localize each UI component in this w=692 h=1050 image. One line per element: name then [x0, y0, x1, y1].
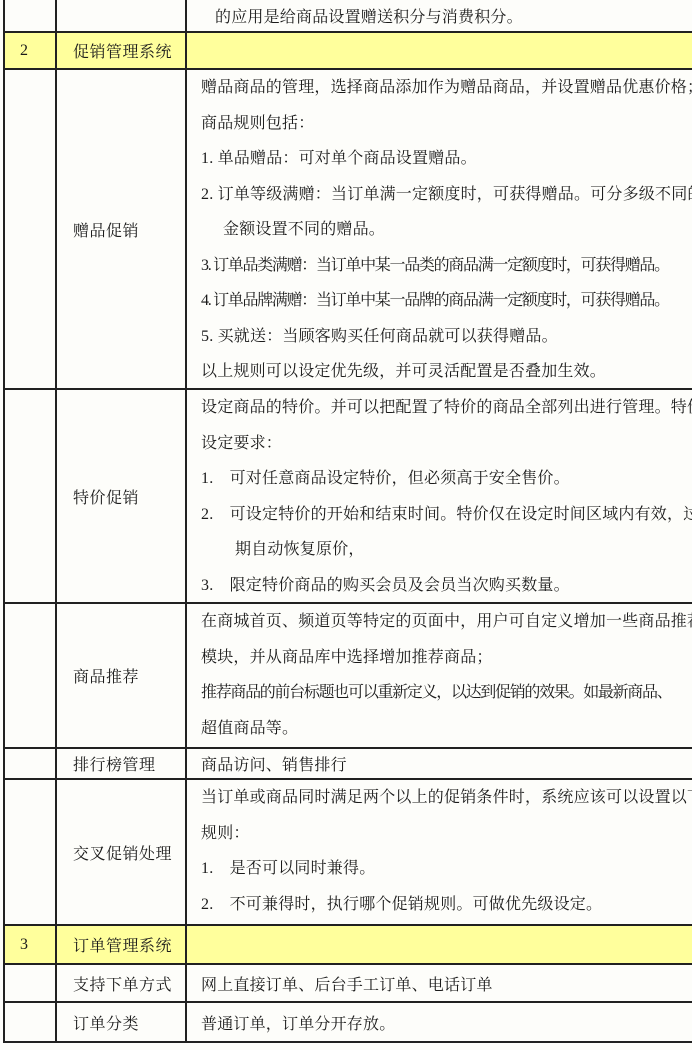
row-number-cell: 2	[5, 33, 57, 68]
module-label: 赠品促销	[73, 218, 139, 241]
content-line: 推荐商品的前台标题也可以重新定义，以达到促销的效果。如最新商品、	[201, 675, 692, 711]
module-label-cell	[57, 0, 187, 31]
row-number-cell	[5, 604, 57, 747]
content-line: 普通订单，订单分开存放。	[201, 1011, 395, 1034]
content-line: 2. 订单等级满赠：当订单满一定额度时，可获得赠品。可分多级不同的	[201, 177, 692, 213]
content-line: 赠品商品的管理，选择商品添加作为赠品商品，并设置赠品优惠价格；	[201, 70, 692, 106]
table-row: 特价促销设定商品的特价。并可以把配置了特价的商品全部列出进行管理。特价设定要求：…	[5, 390, 692, 604]
content-line: 1. 可对任意商品设定特价，但必须高于安全售价。	[201, 461, 692, 497]
module-label: 特价促销	[73, 485, 139, 508]
content-line: 5. 买就送：当顾客购买任何商品就可以获得赠品。	[201, 319, 692, 355]
module-label-cell: 促销管理系统	[57, 33, 187, 68]
content-line: 金额设置不同的赠品。	[201, 212, 692, 248]
description-cell: 当订单或商品同时满足两个以上的促销条件时，系统应该可以设置以下规则：1. 是否可…	[187, 780, 692, 924]
table-row: 订单分类普通订单，订单分开存放。	[5, 1003, 692, 1043]
description-cell: 商品访问、销售排行	[187, 749, 692, 778]
description-cell: 赠品商品的管理，选择商品添加作为赠品商品，并设置赠品优惠价格；商品规则包括：1.…	[187, 70, 692, 388]
row-number-cell	[5, 749, 57, 778]
content-line: 1. 单品赠品：可对单个商品设置赠品。	[201, 141, 692, 177]
content-line: 在商城首页、频道页等特定的页面中，用户可自定义增加一些商品推荐	[201, 604, 692, 640]
content-line: 3. 限定特价商品的购买会员及会员当次购买数量。	[201, 568, 692, 603]
row-number-cell	[5, 390, 57, 602]
content-line: 网上直接订单、后台手工订单、电话订单	[201, 972, 493, 995]
module-label: 商品推荐	[73, 664, 139, 687]
content-line: 3. 订单品类满赠：当订单中某一品类的商品满一定额度时，可获得赠品。	[201, 248, 692, 284]
content-line: 以上规则可以设定优先级，并可灵活配置是否叠加生效。	[201, 354, 692, 388]
module-label-cell: 商品推荐	[57, 604, 187, 747]
description-cell	[187, 926, 692, 963]
description-cell: 的应用是给商品设置赠送积分与消费积分。	[187, 0, 692, 31]
description-cell: 设定商品的特价。并可以把配置了特价的商品全部列出进行管理。特价设定要求：1. 可…	[187, 390, 692, 602]
content-line: 期自动恢复原价，	[201, 532, 692, 568]
module-label-cell: 特价促销	[57, 390, 187, 602]
content-line: 2. 可设定特价的开始和结束时间。特价仅在设定时间区域内有效，过	[201, 497, 692, 533]
description-cell	[187, 33, 692, 68]
module-label-cell: 排行榜管理	[57, 749, 187, 778]
content-line: 设定要求：	[201, 426, 692, 462]
description-cell: 在商城首页、频道页等特定的页面中，用户可自定义增加一些商品推荐模块，并从商品库中…	[187, 604, 692, 747]
module-label-cell: 交叉促销处理	[57, 780, 187, 924]
document-page: { "page": { "background_color": "#fdfdfa…	[0, 0, 692, 1050]
table-row: 的应用是给商品设置赠送积分与消费积分。	[5, 0, 692, 33]
content-line: 商品规则包括：	[201, 106, 692, 142]
module-label-cell: 支持下单方式	[57, 965, 187, 1001]
row-number-cell: 3	[5, 926, 57, 963]
row-number-cell	[5, 780, 57, 924]
table-row: 商品推荐在商城首页、频道页等特定的页面中，用户可自定义增加一些商品推荐模块，并从…	[5, 604, 692, 749]
row-number-cell	[5, 70, 57, 388]
content-line: 设定商品的特价。并可以把配置了特价的商品全部列出进行管理。特价	[201, 390, 692, 426]
row-number-cell	[5, 1003, 57, 1041]
section-row: 2促销管理系统	[5, 33, 692, 70]
module-label: 订单管理系统	[73, 933, 172, 956]
module-label-cell: 订单分类	[57, 1003, 187, 1041]
row-number-cell	[5, 0, 57, 31]
content-line: 当订单或商品同时满足两个以上的促销条件时，系统应该可以设置以下	[201, 780, 692, 816]
content-line: 模块，并从商品库中选择增加推荐商品；	[201, 640, 692, 676]
table-row: 赠品促销赠品商品的管理，选择商品添加作为赠品商品，并设置赠品优惠价格；商品规则包…	[5, 70, 692, 390]
content-line: 的应用是给商品设置赠送积分与消费积分。	[201, 4, 523, 27]
module-label-cell: 赠品促销	[57, 70, 187, 388]
row-number: 2	[20, 42, 28, 60]
table-row: 排行榜管理商品访问、销售排行	[5, 749, 692, 780]
content-line: 4. 订单品牌满赠：当订单中某一品牌的商品满一定额度时，可获得赠品。	[201, 283, 692, 319]
module-label-cell: 订单管理系统	[57, 926, 187, 963]
requirements-table: 的应用是给商品设置赠送积分与消费积分。2促销管理系统赠品促销赠品商品的管理，选择…	[3, 0, 692, 1043]
content-line: 规则：	[201, 816, 692, 852]
content-line: 超值商品等。	[201, 711, 692, 747]
table-row: 支持下单方式网上直接订单、后台手工订单、电话订单	[5, 965, 692, 1003]
content-line: 1. 是否可以同时兼得。	[201, 851, 692, 887]
module-label: 交叉促销处理	[73, 841, 172, 864]
section-row: 3订单管理系统	[5, 926, 692, 965]
row-number: 3	[20, 936, 28, 954]
module-label: 支持下单方式	[73, 972, 172, 995]
description-cell: 网上直接订单、后台手工订单、电话订单	[187, 965, 692, 1001]
content-line: 2. 不可兼得时，执行哪个促销规则。可做优先级设定。	[201, 887, 692, 923]
module-label: 订单分类	[73, 1011, 139, 1034]
module-label: 促销管理系统	[73, 39, 172, 62]
module-label: 排行榜管理	[73, 752, 156, 775]
description-cell: 普通订单，订单分开存放。	[187, 1003, 692, 1041]
row-number-cell	[5, 965, 57, 1001]
content-line: 商品访问、销售排行	[201, 752, 347, 775]
table-row: 交叉促销处理当订单或商品同时满足两个以上的促销条件时，系统应该可以设置以下规则：…	[5, 780, 692, 926]
